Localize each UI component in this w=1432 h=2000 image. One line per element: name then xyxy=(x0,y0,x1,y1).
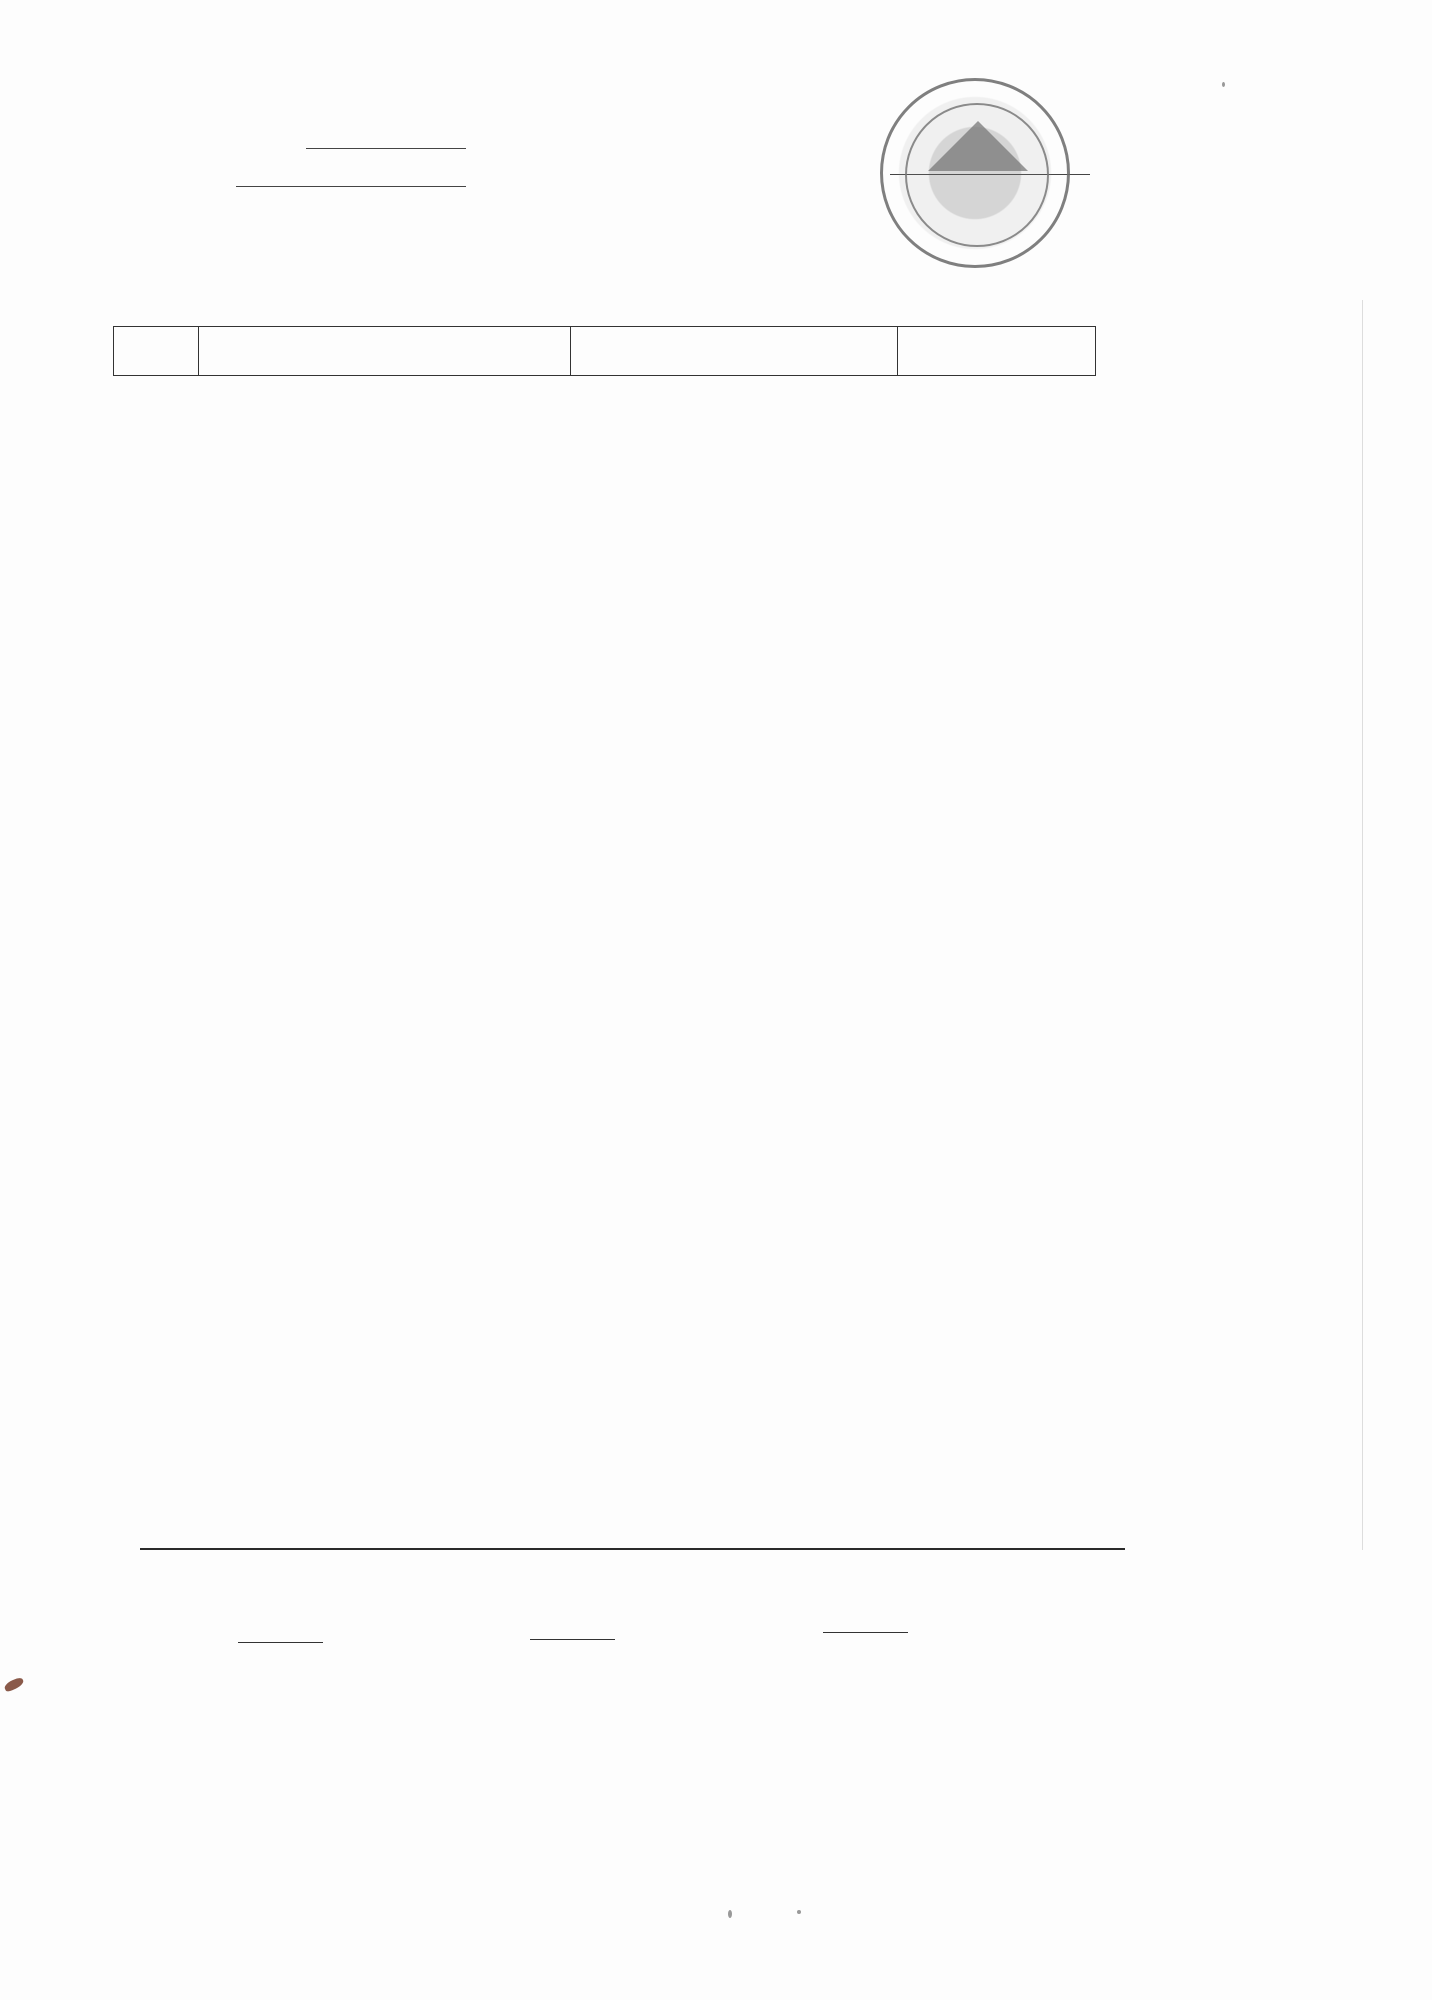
stamp-mountain-icon xyxy=(928,121,1028,171)
company-stamp xyxy=(880,78,1070,268)
signature-line xyxy=(306,148,466,149)
blank-line xyxy=(530,1639,615,1640)
col-nutrition xyxy=(571,327,898,376)
day-total-divider xyxy=(140,1548,1125,1550)
scan-edge-line xyxy=(1362,300,1363,1550)
menu-table-header xyxy=(113,326,1096,376)
scan-speck xyxy=(1222,82,1225,87)
col-dish xyxy=(199,327,571,376)
scan-speck xyxy=(3,1676,25,1693)
signature-line xyxy=(236,186,466,187)
scan-speck xyxy=(728,1910,732,1918)
col-cost xyxy=(898,327,1096,376)
blank-line xyxy=(238,1642,323,1643)
scan-speck xyxy=(797,1910,801,1914)
col-yield xyxy=(114,327,199,376)
blank-line xyxy=(823,1632,908,1633)
